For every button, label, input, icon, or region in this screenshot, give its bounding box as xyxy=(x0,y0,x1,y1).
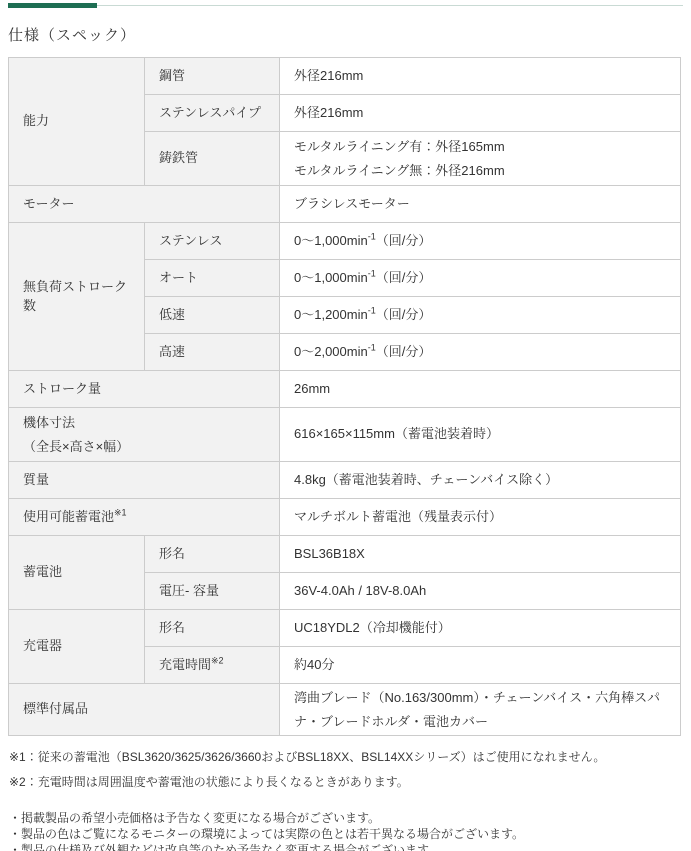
table-row: 充電器 形名 UC18YDL2（冷却機能付） xyxy=(9,610,681,647)
footnote-2: ※2：充電時間は周囲温度や蓄電池の状態により長くなるときがあります。 xyxy=(9,775,691,790)
footnote-1: ※1：従来の蓄電池（BSL3620/3625/3626/3660およびBSL18… xyxy=(9,750,691,765)
table-row: ストローク量 26mm xyxy=(9,371,681,408)
table-row: 能力 鋼管 外径216mm xyxy=(9,58,681,95)
spec-value-stroke-length: 26mm xyxy=(280,371,681,408)
spec-value-usable-battery: マルチボルト蓄電池（残量表示付） xyxy=(280,499,681,536)
superscript-unit: -1 xyxy=(368,268,376,278)
superscript-unit: -1 xyxy=(368,231,376,241)
spec-label-weight: 質量 xyxy=(9,462,280,499)
spec-sublabel-voltage-capacity: 電圧- 容量 xyxy=(145,573,280,610)
spec-sublabel-charge-time: 充電時間※2 xyxy=(145,647,280,684)
disclaimer-color: ・製品の色はご覧になるモニターの環境によっては実際の色とは若干異なる場合がござい… xyxy=(9,826,691,842)
spec-label-body-size: 機体寸法 （全長×高さ×幅） xyxy=(9,408,280,462)
disclaimer-price: ・掲載製品の希望小売価格は予告なく変更になる場合がございます。 xyxy=(9,810,691,826)
spec-label-capability: 能力 xyxy=(9,58,145,186)
spec-sublabel-auto: オート xyxy=(145,260,280,297)
spec-label-stroke-length: ストローク量 xyxy=(9,371,280,408)
spec-value-line: モルタルライニング有：外径165mm xyxy=(294,135,666,159)
table-row: 蓄電池 形名 BSL36B18X xyxy=(9,536,681,573)
spec-value-line: モルタルライニング無：外径216mm xyxy=(294,159,666,183)
spec-label-no-load-stroke: 無負荷ストローク数 xyxy=(9,223,145,371)
spec-value-cast-iron-pipe: モルタルライニング有：外径165mm モルタルライニング無：外径216mm xyxy=(280,132,681,186)
header-rule-line xyxy=(8,5,683,6)
footnote-ref-2: ※2 xyxy=(211,655,224,665)
spec-sublabel-high-speed: 高速 xyxy=(145,334,280,371)
spec-label-accessories: 標準付属品 xyxy=(9,684,280,736)
section-header-rule xyxy=(8,3,683,11)
spec-value-low-speed: 0～1,200min-1（回/分） xyxy=(280,297,681,334)
spec-label-line: （全長×高さ×幅） xyxy=(23,435,265,459)
page-title: 仕様（スペック） xyxy=(8,24,691,45)
spec-value-charge-time: 約40分 xyxy=(280,647,681,684)
disclaimer-spec-change: ・製品の仕様及び外観などは改良等のため予告なく変更する場合がございます。 xyxy=(9,842,691,851)
spec-value-charger-model: UC18YDL2（冷却機能付） xyxy=(280,610,681,647)
table-row: モーター ブラシレスモーター xyxy=(9,186,681,223)
spec-sublabel-stainless: ステンレス xyxy=(145,223,280,260)
spec-sublabel-steel-pipe: 鋼管 xyxy=(145,58,280,95)
spec-value-stainless-pipe: 外径216mm xyxy=(280,95,681,132)
spec-label-battery: 蓄電池 xyxy=(9,536,145,610)
spec-label-usable-battery: 使用可能蓄電池※1 xyxy=(9,499,280,536)
spec-sublabel-stainless-pipe: ステンレスパイプ xyxy=(145,95,280,132)
spec-value-weight: 4.8kg（蓄電池装着時、チェーンバイス除く） xyxy=(280,462,681,499)
table-row: 標準付属品 湾曲ブレード（No.163/300mm）・チェーンバイス・六角棒スパ… xyxy=(9,684,681,736)
spec-value-voltage-capacity: 36V-4.0Ah / 18V-8.0Ah xyxy=(280,573,681,610)
spec-value-body-size: 616×165×115mm（蓄電池装着時） xyxy=(280,408,681,462)
spec-label-motor: モーター xyxy=(9,186,280,223)
superscript-unit: -1 xyxy=(368,305,376,315)
spec-label-line: 機体寸法 xyxy=(23,411,265,435)
spec-value-motor: ブラシレスモーター xyxy=(280,186,681,223)
table-row: 機体寸法 （全長×高さ×幅） 616×165×115mm（蓄電池装着時） xyxy=(9,408,681,462)
table-row: 質量 4.8kg（蓄電池装着時、チェーンバイス除く） xyxy=(9,462,681,499)
spec-sublabel-charger-model: 形名 xyxy=(145,610,280,647)
superscript-unit: -1 xyxy=(368,342,376,352)
spec-value-accessories: 湾曲ブレード（No.163/300mm）・チェーンバイス・六角棒スパナ・ブレード… xyxy=(280,684,681,736)
spec-sublabel-cast-iron-pipe: 鋳鉄管 xyxy=(145,132,280,186)
spec-sublabel-battery-model: 形名 xyxy=(145,536,280,573)
spec-value-battery-model: BSL36B18X xyxy=(280,536,681,573)
spec-label-charger: 充電器 xyxy=(9,610,145,684)
spec-value-auto: 0～1,000min-1（回/分） xyxy=(280,260,681,297)
disclaimers: ・掲載製品の希望小売価格は予告なく変更になる場合がございます。 ・製品の色はご覧… xyxy=(9,810,691,851)
table-row: 使用可能蓄電池※1 マルチボルト蓄電池（残量表示付） xyxy=(9,499,681,536)
spec-sublabel-low-speed: 低速 xyxy=(145,297,280,334)
spec-value-high-speed: 0～2,000min-1（回/分） xyxy=(280,334,681,371)
footnotes: ※1：従来の蓄電池（BSL3620/3625/3626/3660およびBSL18… xyxy=(9,750,691,790)
table-row: 無負荷ストローク数 ステンレス 0～1,000min-1（回/分） xyxy=(9,223,681,260)
spec-value-steel-pipe: 外径216mm xyxy=(280,58,681,95)
spec-value-stainless: 0～1,000min-1（回/分） xyxy=(280,223,681,260)
spec-table: 能力 鋼管 外径216mm ステンレスパイプ 外径216mm 鋳鉄管 モルタルラ… xyxy=(8,57,681,736)
green-accent-bar xyxy=(8,3,97,8)
footnote-ref-1: ※1 xyxy=(114,507,127,517)
